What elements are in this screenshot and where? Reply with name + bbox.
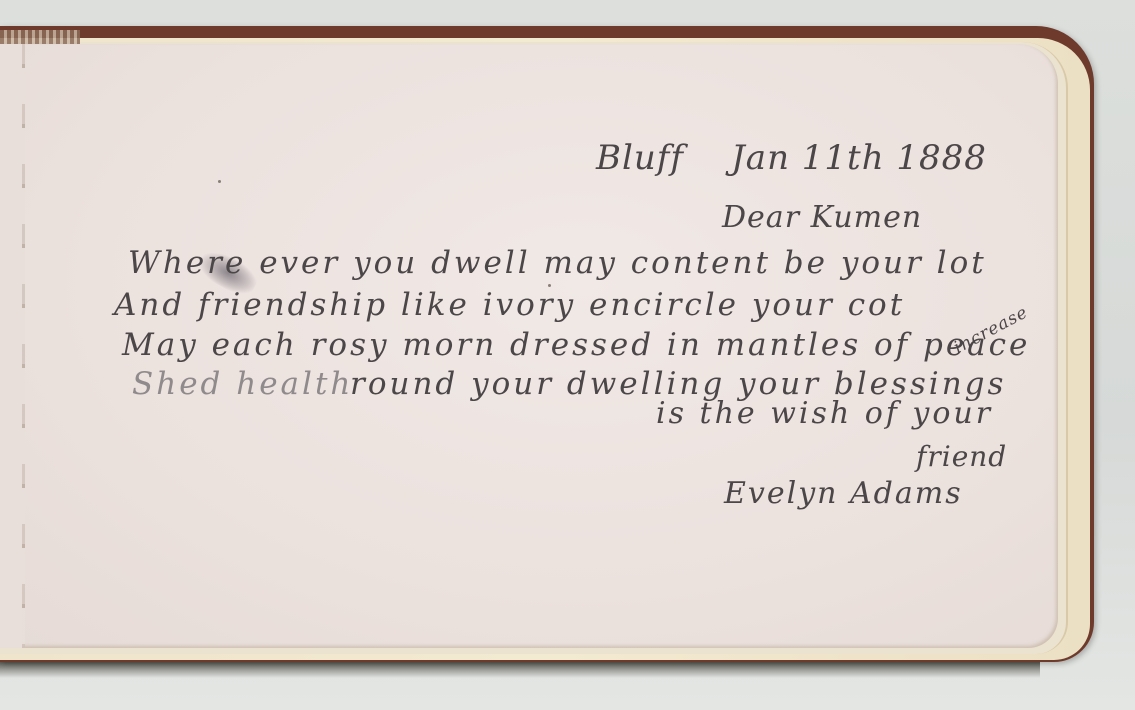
closing-word: friend <box>916 440 1007 473</box>
page-header: Bluff Jan 11th 1888 <box>596 138 987 178</box>
verse-line-4-start: Shed health <box>132 366 353 402</box>
album-photo: Bluff Jan 11th 1888 Dear Kumen Where eve… <box>0 0 1135 710</box>
facing-page-edge <box>0 44 22 648</box>
entry-date: Jan 11th 1888 <box>731 138 987 178</box>
paper-speck <box>218 180 221 183</box>
binding-gutter <box>22 44 25 648</box>
binding-thread <box>0 30 80 44</box>
place-name: Bluff <box>596 138 684 178</box>
salutation: Dear Kumen <box>722 200 922 235</box>
verse-line-3: May each rosy morn dressed in mantles of… <box>122 327 1030 363</box>
signature: Evelyn Adams <box>724 476 963 511</box>
verse-line-2: And friendship like ivory encircle your … <box>114 287 905 323</box>
verse-line-1: Where ever you dwell may content be your… <box>128 245 987 281</box>
closing-line: is the wish of your <box>656 396 993 431</box>
